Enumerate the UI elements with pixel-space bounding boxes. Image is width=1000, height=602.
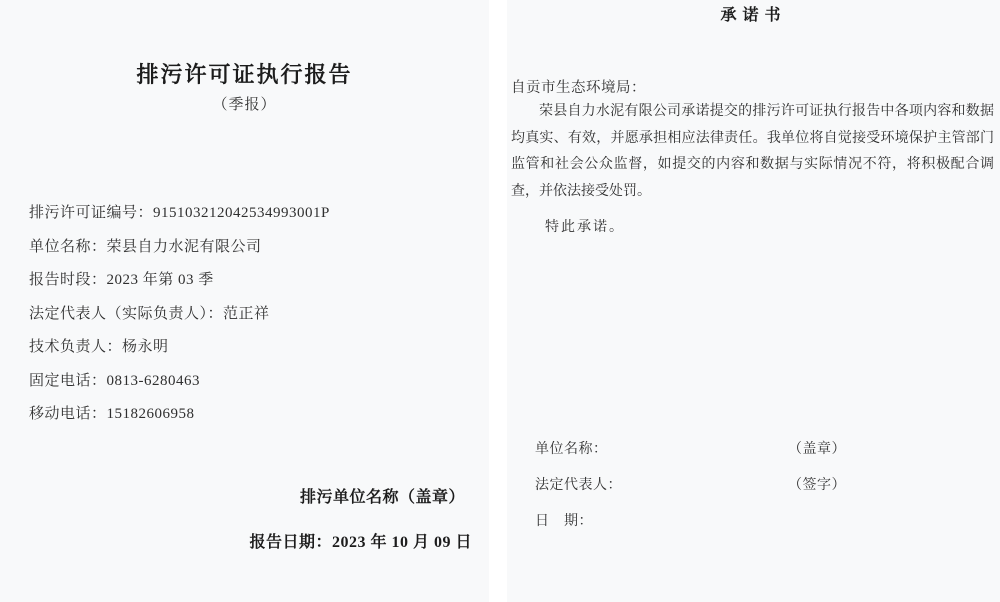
report-title: 排污许可证执行报告 bbox=[0, 58, 489, 89]
seal-hint: （盖章） bbox=[788, 440, 846, 460]
document-canvas: 排污许可证执行报告 （季报） 排污许可证编号：91510321204253499… bbox=[0, 0, 1000, 602]
field-landline-phone: 固定电话：0813-6280463 bbox=[29, 365, 479, 399]
signature-row-date: 日 期： bbox=[535, 512, 980, 548]
report-cover-page: 排污许可证执行报告 （季报） 排污许可证编号：91510321204253499… bbox=[0, 0, 489, 602]
report-date-line: 报告日期：2023 年 10 月 09 日 bbox=[249, 529, 472, 552]
closing-line: 特此承诺。 bbox=[545, 216, 625, 236]
field-label: 固定电话： bbox=[29, 373, 107, 389]
field-report-period: 报告时段：2023 年第 03 季 bbox=[29, 264, 479, 298]
signature-row-legal-representative: 法定代表人： （签字） bbox=[535, 476, 980, 512]
cover-fields: 排污许可证编号：915103212042534993001P 单位名称：荣县自力… bbox=[29, 197, 479, 432]
field-value: 荣县自力水泥有限公司 bbox=[107, 239, 262, 255]
field-label: 技术负责人： bbox=[29, 339, 122, 355]
signature-label: 法定代表人： bbox=[535, 476, 622, 496]
sign-hint: （签字） bbox=[788, 476, 846, 496]
report-subtitle: （季报） bbox=[0, 93, 489, 114]
field-label: 报告时段： bbox=[29, 272, 107, 288]
field-label: 移动电话： bbox=[29, 406, 107, 422]
field-company-name: 单位名称：荣县自力水泥有限公司 bbox=[29, 231, 479, 265]
commitment-letter-page: 承诺书 自贡市生态环境局： 荣县自力水泥有限公司承诺提交的排污许可证执行报告中各… bbox=[507, 0, 1000, 602]
field-label: 法定代表人（实际负责人）： bbox=[29, 306, 223, 322]
report-date-label: 报告日期： bbox=[249, 534, 332, 551]
signature-label: 日 期： bbox=[535, 512, 593, 532]
field-value: 范正祥 bbox=[223, 306, 270, 322]
field-label: 排污许可证编号： bbox=[29, 205, 153, 221]
field-legal-representative: 法定代表人（实际负责人）：范正祥 bbox=[29, 298, 479, 332]
field-value: 915103212042534993001P bbox=[153, 205, 330, 221]
field-value: 2023 年第 03 季 bbox=[107, 272, 214, 288]
field-value: 0813-6280463 bbox=[107, 373, 201, 389]
stamp-line: 排污单位名称（盖章） bbox=[300, 484, 465, 507]
report-date-value: 2023 年 10 月 09 日 bbox=[332, 534, 472, 551]
commitment-body: 荣县自力水泥有限公司承诺提交的排污许可证执行报告中各项内容和数据均真实、有效，并… bbox=[511, 99, 994, 205]
signature-label: 单位名称： bbox=[535, 440, 608, 460]
field-technical-lead: 技术负责人：杨永明 bbox=[29, 331, 479, 365]
field-value: 15182606958 bbox=[107, 406, 195, 422]
field-mobile-phone: 移动电话：15182606958 bbox=[29, 398, 479, 432]
signature-block: 单位名称： （盖章） 法定代表人： （签字） 日 期： bbox=[535, 440, 980, 548]
salutation: 自贡市生态环境局： bbox=[511, 76, 646, 97]
commitment-title: 承诺书 bbox=[507, 2, 1000, 25]
field-value: 杨永明 bbox=[122, 339, 169, 355]
field-label: 单位名称： bbox=[29, 239, 107, 255]
signature-row-company: 单位名称： （盖章） bbox=[535, 440, 980, 476]
field-permit-number: 排污许可证编号：915103212042534993001P bbox=[29, 197, 479, 231]
